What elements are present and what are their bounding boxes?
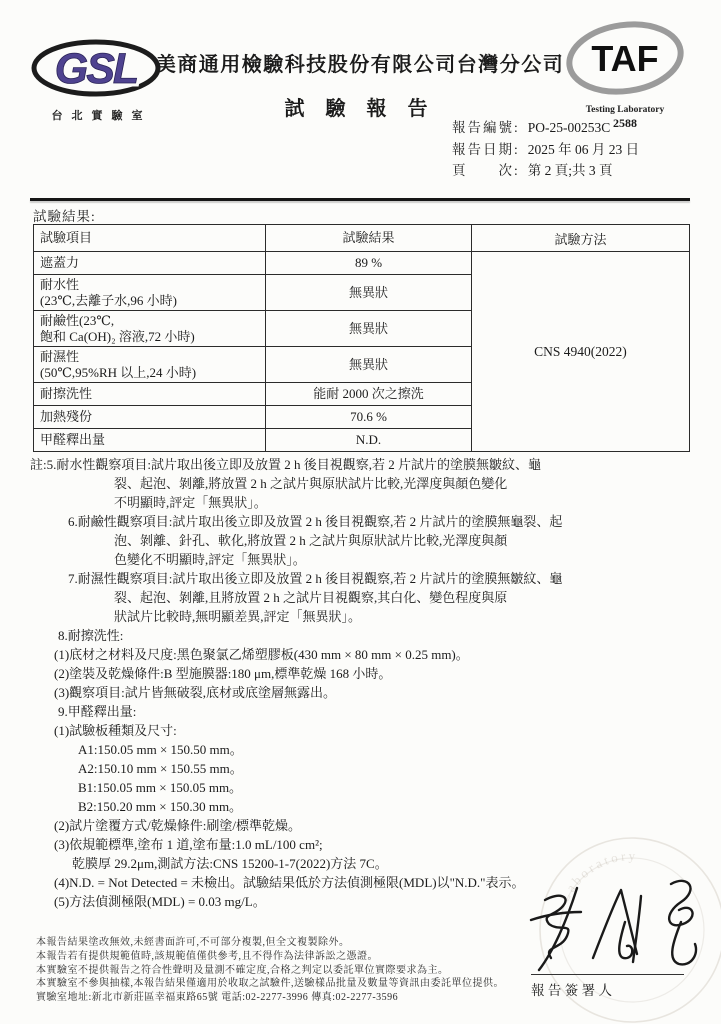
results-table-main: 試驗項目 試驗結果 遮蓋力 89 % 耐水性 (23℃,去離子水,96 小時) [34, 225, 472, 451]
svg-text:TAF: TAF [591, 38, 658, 79]
note-line: (2)試片塗覆方式/乾燥條件:刷塗/標準乾燥。 [54, 816, 721, 835]
test-item-line1: 遮蓋力 [40, 255, 265, 271]
test-result-cell: 無異狀 [266, 275, 471, 310]
table-row: 耐濕性 (50℃,95%RH 以上,24 小時) 無異狀 [34, 347, 471, 383]
svg-text:GSL: GSL [55, 45, 137, 93]
report-page: Laboratory GSL GSL 台北實驗室 美商通用檢驗科技股份有限公司台… [0, 0, 721, 1024]
report-meta: 報告編號: PO-25-00253C 報告日期: 2025 年 06 月 23 … [452, 117, 639, 182]
note-line: B2:150.20 mm × 150.30 mm。 [78, 797, 721, 816]
taf-type: Testing Laboratory [560, 105, 690, 115]
test-item-cell: 耐擦洗性 [34, 383, 266, 405]
meta-label: 報告編號: [452, 117, 520, 139]
note-line: B1:150.05 mm × 150.05 mm。 [78, 778, 721, 797]
note-line: 裂、起泡、剝離,且將放置 2 h 之試片目視觀察,其白化、變色程度與原 [114, 588, 721, 607]
test-item-cell: 甲醛釋出量 [34, 429, 266, 451]
meta-label: 報告日期: [452, 139, 520, 161]
test-result-cell: 無異狀 [266, 347, 471, 382]
header-divider [30, 198, 690, 201]
table-row: 耐水性 (23℃,去離子水,96 小時) 無異狀 [34, 275, 471, 311]
note-line: 狀試片比較時,無明顯差異,評定「無異狀」。 [114, 607, 721, 626]
note-line: A1:150.05 mm × 150.50 mm。 [78, 740, 721, 759]
test-item-line1: 耐鹼性(23℃, [40, 313, 265, 329]
gsl-logo-mark: GSL GSL [30, 36, 164, 100]
header-method: 試驗方法 [472, 225, 689, 252]
test-result-cell: 無異狀 [266, 311, 471, 346]
company-name: 美商通用檢驗科技股份有限公司台灣分公司 [150, 48, 570, 77]
meta-row: 報告編號: PO-25-00253C [452, 117, 639, 139]
meta-label: 頁 次: [452, 160, 520, 182]
results-table: 試驗項目 試驗結果 遮蓋力 89 % 耐水性 (23℃,去離子水,96 小時) [33, 224, 690, 452]
note-line: (1)試驗板種類及尺寸: [54, 721, 721, 740]
footer-line: 本報告若有提供規範值時,該規範值僅供參考,且不得作為法律訴訟之憑證。 [36, 950, 504, 964]
test-item-cell: 耐濕性 (50℃,95%RH 以上,24 小時) [34, 347, 266, 382]
footer-disclaimers: 本報告結果塗改無效,未經書面許可,不可部分複製,但全文複製除外。 本報告若有提供… [36, 936, 504, 1005]
notes-section: 註:5.耐水性觀察項目:試片取出後立即及放置 2 h 後目視觀察,若 2 片試片… [0, 455, 721, 911]
meta-row: 頁 次: 第 2 頁;共 3 頁 [452, 160, 639, 182]
test-item-line1: 耐濕性 [40, 349, 265, 365]
note-line: 泡、剝離、針孔、軟化,將放置 2 h 之試片與原狀試片比較,光澤度與顏 [114, 531, 721, 550]
taf-logo-mark: TAF [560, 20, 690, 98]
test-result-cell: 89 % [266, 252, 471, 274]
table-row: 甲醛釋出量 N.D. [34, 429, 471, 451]
note-line: 不明顯時,評定「無異狀」。 [114, 493, 721, 512]
note-line: 色變化不明顯時,評定「無異狀」。 [114, 550, 721, 569]
test-item-cell: 耐鹼性(23℃, 飽和 Ca(OH)₂ 溶液,72 小時) [34, 311, 266, 346]
meta-value: 2025 年 06 月 23 日 [528, 139, 639, 161]
test-item-cell: 耐水性 (23℃,去離子水,96 小時) [34, 275, 266, 310]
note-line: 9.甲醛釋出量: [58, 702, 721, 721]
note-line: A2:150.10 mm × 150.55 mm。 [78, 759, 721, 778]
note-line: 8.耐擦洗性: [58, 626, 721, 645]
note-line: 註:5.耐水性觀察項目:試片取出後立即及放置 2 h 後目視觀察,若 2 片試片… [30, 455, 721, 474]
test-result-cell: 70.6 % [266, 406, 471, 428]
header-result: 試驗結果 [266, 225, 471, 251]
note-line: 6.耐鹼性觀察項目:試片取出後立即及放置 2 h 後目視觀察,若 2 片試片的塗… [68, 512, 721, 531]
test-item-line1: 耐水性 [40, 277, 265, 293]
test-item-line1: 加熱殘份 [40, 409, 265, 425]
gsl-lab-name: 台北實驗室 [30, 107, 164, 123]
footer-line: 實驗室地址:新北市新莊區幸福東路65號 電話:02-2277-3996 傳真:0… [36, 991, 504, 1005]
test-item-line2: (50℃,95%RH 以上,24 小時) [40, 365, 265, 381]
note-line: 7.耐濕性觀察項目:試片取出後立即及放置 2 h 後目視觀察,若 2 片試片的塗… [68, 569, 721, 588]
test-result-cell: 能耐 2000 次之擦洗 [266, 383, 471, 405]
footer-line: 本實驗室不參與抽樣,本報告結果僅適用於收取之試驗件,送驗樣品批量及數量等資訊由委… [36, 977, 504, 991]
table-row: 加熱殘份 70.6 % [34, 406, 471, 429]
table-row: 耐鹼性(23℃, 飽和 Ca(OH)₂ 溶液,72 小時) 無異狀 [34, 311, 471, 347]
meta-row: 報告日期: 2025 年 06 月 23 日 [452, 139, 639, 161]
header-item: 試驗項目 [34, 225, 266, 251]
test-item-line2: (23℃,去離子水,96 小時) [40, 293, 265, 309]
signature-handwriting [515, 862, 710, 980]
results-section-label: 試驗結果: [33, 205, 96, 225]
note-line: 裂、起泡、剝離,將放置 2 h 之試片與原狀試片比較,光澤度與顏色變化 [114, 474, 721, 493]
meta-value: 第 2 頁;共 3 頁 [528, 160, 613, 182]
table-row: 耐擦洗性 能耐 2000 次之擦洗 [34, 383, 471, 406]
test-item-line1: 耐擦洗性 [40, 386, 265, 402]
gsl-logo: GSL GSL 台北實驗室 [30, 36, 164, 123]
taf-logo: TAF Testing Laboratory 2588 [560, 20, 690, 131]
test-item-line2: 飽和 Ca(OH)₂ 溶液,72 小時) [40, 329, 265, 345]
footer-line: 本實驗室不提供報告之符合性聲明及量測不確定度,合格之判定以委託單位實際要求為主。 [36, 964, 504, 978]
test-method-cell: CNS 4940(2022) [472, 252, 689, 451]
test-item-cell: 加熱殘份 [34, 406, 266, 428]
test-result-cell: N.D. [266, 429, 471, 451]
footer-line: 本報告結果塗改無效,未經書面許可,不可部分複製,但全文複製除外。 [36, 936, 504, 950]
test-item-line1: 甲醛釋出量 [40, 432, 265, 448]
signature-line [531, 974, 684, 975]
meta-value: PO-25-00253C [528, 117, 611, 139]
note-line: (2)塗裝及乾燥條件:B 型施膜器:180 μm,標準乾燥 168 小時。 [54, 664, 721, 683]
signature-label: 報 告 簽 署 人 [531, 979, 684, 999]
table-row: 遮蓋力 89 % [34, 252, 471, 275]
table-header-row: 試驗項目 試驗結果 [34, 225, 471, 252]
test-item-cell: 遮蓋力 [34, 252, 266, 274]
note-line: (3)依規範標準,塗布 1 道,塗布量:1.0 mL/100 cm²; [54, 835, 721, 854]
results-table-method-col: 試驗方法 CNS 4940(2022) [472, 225, 689, 451]
note-line: (1)底材之材料及尺度:黑色聚氯乙烯塑膠板(430 mm × 80 mm × 0… [54, 645, 721, 664]
note-line: (3)觀察項目:試片皆無破裂,底材或底塗層無露出。 [54, 683, 721, 702]
